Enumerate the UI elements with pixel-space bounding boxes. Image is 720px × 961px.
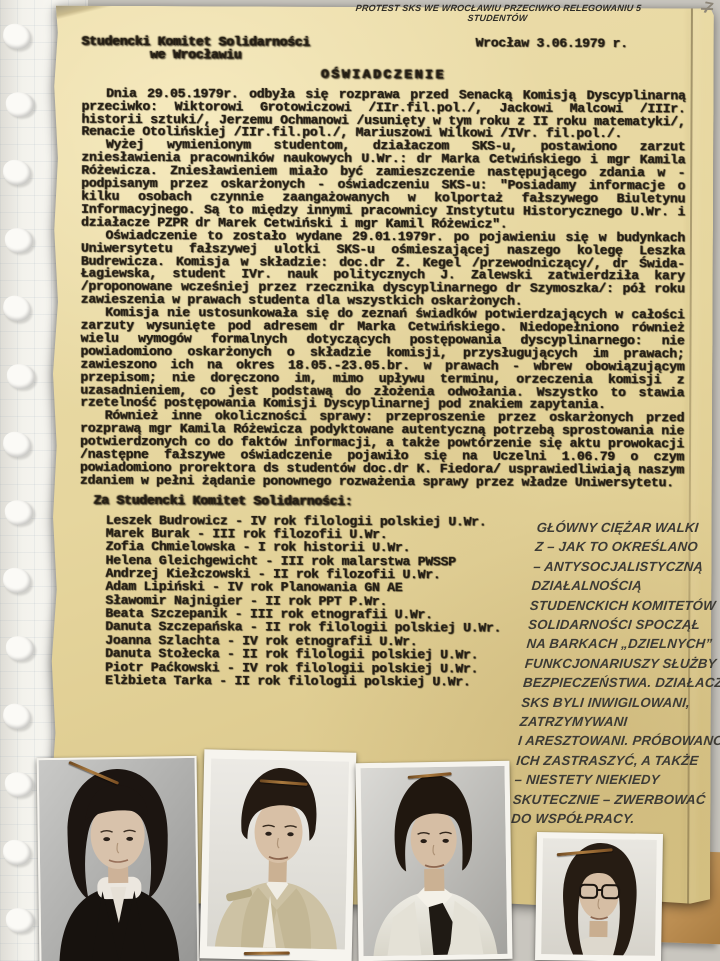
caption-line: I ARESZTOWANI. PRÓBOWANO [517,731,715,750]
caption-line: NA BARKACH „DZIELNYCH” [526,634,720,653]
portrait-man-jacket-illustration [207,758,349,949]
binder-hole [5,635,35,662]
portrait-photo-1 [37,756,200,961]
signature-heading: Za Studencki Komitet Solidarności: [80,494,684,510]
caption-line: – NIESTETY NIEKIEDY [514,770,712,789]
portrait-photo-4 [535,832,663,961]
caption-line: SKS BYLI INWIGILOWANI, [521,693,719,712]
caption-line: ZATRZYMYWANI [519,712,717,731]
binder-hole [6,363,35,389]
binder-hole [2,702,33,730]
caption-line: DO WSPÓŁPRACY. [510,809,708,828]
letterhead-city: we Wrocławiu [82,49,310,63]
binder-hole [2,159,31,185]
binder-hole [4,771,34,799]
binder-hole [4,90,35,119]
binder-hole [2,839,31,865]
portrait-photo-3 [355,761,512,961]
document-paragraph-5: Również inne okoliczności sprawy: przepr… [80,410,684,490]
caption-line: ICH ZASTRASZYĆ, A TAKŻE [516,751,714,770]
caption-line: SOLIDARNOŚCI SPOCZĄŁ [527,615,720,634]
caption-line: DZIAŁALNOŚCIĄ [531,576,720,595]
document-paragraph-3: Oświadczenie to zostało wydane 29.01.197… [81,229,685,309]
letterhead: Studencki Komitet Solidarności we Wrocła… [82,36,311,63]
binder-hole [4,498,35,526]
binder-hole [1,294,33,323]
document-title: OŚWIADCZENIE [82,68,686,84]
caption-line: – ANTYSOCJALISTYCZNĄ [532,557,720,576]
album-header: PROTEST SKS WE WROCŁAWIU PRZECIWKO RELEG… [351,3,645,23]
binder-hole [2,23,32,51]
portrait-photo-2 [200,749,357,961]
paper-fold [52,6,112,21]
binder-hole [5,907,35,934]
staple [244,951,290,955]
portrait-woman-illustration [39,758,198,961]
binder-hole [2,431,32,458]
caption-line: GŁÓWNY CIĘŻAR WALKI [536,518,720,537]
document-paragraph-1: Dnia 29.05.1979r. odbyła się rozprawa pr… [81,87,685,141]
caption-line: BEZPIECZEŃSTWA. DZIAŁACZE [522,673,720,692]
document-paragraph-4: Komisja nie ustosunkowała się do zeznań … [80,307,684,413]
dateline: Wrocław 3.06.1979 r. [475,37,685,51]
caption-line: Z – JAK TO OKREŚLANO [534,537,720,556]
binder-hole [2,567,32,594]
caption-line: SKUTECZNIE – ZWERBOWAĆ [512,790,710,809]
portrait-man-tie-illustration [361,766,508,956]
caption-block: GŁÓWNY CIĘŻAR WALKI Z – JAK TO OKREŚLANO… [510,518,720,829]
caption-line: STUDENCKICH KOMITETÓW [529,596,720,615]
document-paragraph-2: Wyżej wymienionym studentom, działaczom … [81,139,685,232]
caption-line: FUNKCJONARIUSZY SŁUŻBY [524,654,720,673]
binder-hole [4,227,34,254]
